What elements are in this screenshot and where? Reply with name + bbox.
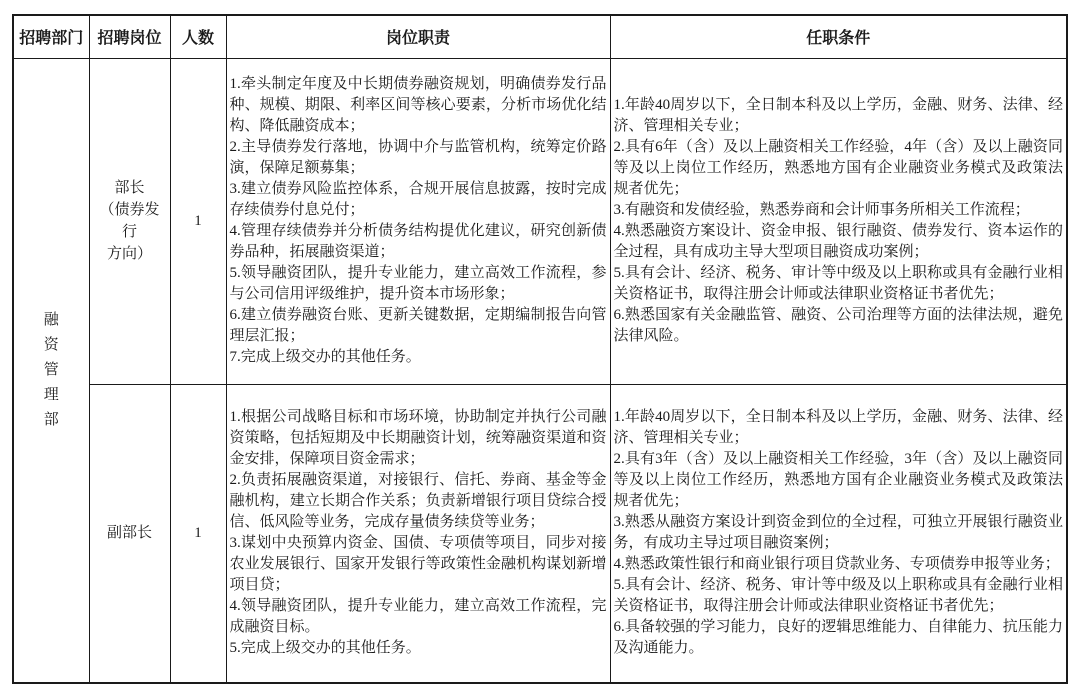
duty-item: 3.谋划中央预算内资金、国债、专项债等项目，同步对接农业发展银行、国家开发银行等…: [230, 533, 607, 596]
header-recruiting-position: 招聘岗位: [89, 15, 170, 58]
department-cell: 融资管理部: [13, 58, 89, 683]
position-cell-deputy: 副部长: [89, 384, 170, 683]
duty-item: 3.建立债券风险监控体系，合规开展信息披露，按时完成存续债券付息兑付；: [230, 179, 607, 221]
requirement-item: 6.熟悉国家有关金融监管、融资、公司治理等方面的法律法规，避免法律风险。: [614, 305, 1064, 347]
requirement-item: 3.熟悉从融资方案设计到资金到位的全过程，可独立开展银行融资业务，有成功主导过项…: [614, 512, 1064, 554]
table-row-deputy-director: 副部长 1 1.根据公司战略目标和市场环境，协助制定并执行公司融资策略，包括短期…: [13, 384, 1067, 683]
requirement-item: 1.年龄40周岁以下，全日制本科及以上学历，金融、财务、法律、经济、管理相关专业…: [614, 407, 1064, 449]
requirement-item: 5.具有会计、经济、税务、审计等中级及以上职称或具有金融行业相关资格证书，取得注…: [614, 263, 1064, 305]
headcount-cell-director: 1: [170, 58, 226, 384]
position-line: 部长: [93, 177, 167, 199]
requirements-cell-director: 1.年龄40周岁以下，全日制本科及以上学历，金融、财务、法律、经济、管理相关专业…: [610, 58, 1067, 384]
header-recruiting-department: 招聘部门: [13, 15, 89, 58]
position-line: 方向）: [93, 243, 167, 265]
position-cell-director: 部长 （债券发行 方向）: [89, 58, 170, 384]
requirement-item: 1.年龄40周岁以下，全日制本科及以上学历，金融、财务、法律、经济、管理相关专业…: [614, 95, 1064, 137]
header-job-duties: 岗位职责: [226, 15, 610, 58]
duty-item: 1.牵头制定年度及中长期债券融资规划，明确债券发行品种、规模、期限、利率区间等核…: [230, 74, 607, 137]
duty-item: 5.完成上级交办的其他任务。: [230, 638, 607, 659]
recruitment-notice-page: 招聘部门 招聘岗位 人数 岗位职责 任职条件 融资管理部 部长 （债券发行 方向…: [0, 0, 1080, 698]
duty-item: 4.领导融资团队，提升专业能力，建立高效工作流程，完成融资目标。: [230, 596, 607, 638]
requirement-item: 5.具有会计、经济、税务、审计等中级及以上职称或具有金融行业相关资格证书，取得注…: [614, 575, 1064, 617]
duty-item: 7.完成上级交办的其他任务。: [230, 347, 607, 368]
duty-item: 6.建立债券融资台账、更新关键数据，定期编制报告向管理层汇报；: [230, 305, 607, 347]
duties-cell-deputy: 1.根据公司战略目标和市场环境，协助制定并执行公司融资策略，包括短期及中长期融资…: [226, 384, 610, 683]
requirement-item: 4.熟悉政策性银行和商业银行项目贷款业务、专项债券申报等业务；: [614, 554, 1064, 575]
recruitment-table: 招聘部门 招聘岗位 人数 岗位职责 任职条件 融资管理部 部长 （债券发行 方向…: [12, 14, 1068, 684]
requirement-item: 2.具有6年（含）及以上融资相关工作经验，4年（含）及以上融资同等及以上岗位工作…: [614, 137, 1064, 200]
table-header-row: 招聘部门 招聘岗位 人数 岗位职责 任职条件: [13, 15, 1067, 58]
department-name: 融资管理部: [43, 308, 60, 433]
requirement-item: 2.具有3年（含）及以上融资相关工作经验，3年（含）及以上融资同等及以上岗位工作…: [614, 449, 1064, 512]
duty-item: 1.根据公司战略目标和市场环境，协助制定并执行公司融资策略，包括短期及中长期融资…: [230, 407, 607, 470]
header-qualifications: 任职条件: [610, 15, 1067, 58]
duty-item: 2.负责拓展融资渠道，对接银行、信托、券商、基金等金融机构，建立长期合作关系；负…: [230, 470, 607, 533]
requirements-cell-deputy: 1.年龄40周岁以下，全日制本科及以上学历，金融、财务、法律、经济、管理相关专业…: [610, 384, 1067, 683]
duty-item: 2.主导债券发行落地，协调中介与监管机构，统筹定价路演，保障足额募集；: [230, 137, 607, 179]
requirement-item: 6.具备较强的学习能力，良好的逻辑思维能力、自律能力、抗压能力及沟通能力。: [614, 617, 1064, 659]
headcount-cell-deputy: 1: [170, 384, 226, 683]
requirement-item: 3.有融资和发债经验，熟悉券商和会计师事务所相关工作流程；: [614, 200, 1064, 221]
duty-item: 5.领导融资团队，提升专业能力，建立高效工作流程，参与公司信用评级维护，提升资本…: [230, 263, 607, 305]
requirement-item: 4.熟悉融资方案设计、资金申报、银行融资、债券发行、资本运作的全过程，具有成功主…: [614, 221, 1064, 263]
duties-cell-director: 1.牵头制定年度及中长期债券融资规划，明确债券发行品种、规模、期限、利率区间等核…: [226, 58, 610, 384]
position-line: （债券发行: [93, 199, 167, 243]
table-row-director: 融资管理部 部长 （债券发行 方向） 1 1.牵头制定年度及中长期债券融资规划，…: [13, 58, 1067, 384]
position-line: 副部长: [93, 522, 167, 544]
header-headcount: 人数: [170, 15, 226, 58]
duty-item: 4.管理存续债券并分析债务结构提优化建议，研究创新债券品种，拓展融资渠道；: [230, 221, 607, 263]
